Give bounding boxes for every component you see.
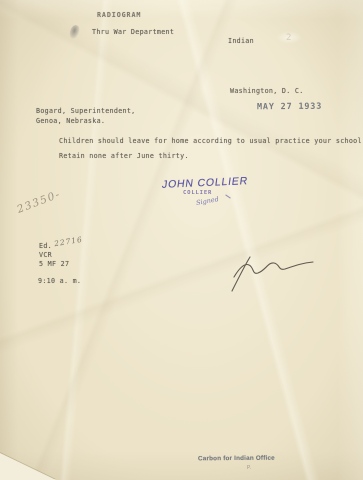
handwritten-initials-scrawl <box>228 249 316 295</box>
footer-stamp: Carbon for Indian Office <box>198 455 275 463</box>
footer-mark: P. <box>247 465 251 471</box>
addressee-line-1: Bogard, Superintendent, <box>36 106 136 116</box>
ink-smudge <box>68 24 80 40</box>
service-label: Indian <box>228 36 254 46</box>
ref-code: 5 MF 27 <box>39 259 69 269</box>
signature-typed-name: COLLIER <box>183 190 212 196</box>
signature-handwritten-note: Signed <box>195 195 219 207</box>
file-number-pencil: 23350- <box>15 188 62 216</box>
signature-stamp: JOHN COLLIER <box>161 175 249 191</box>
time-note: 9:10 a. m. <box>38 276 81 286</box>
date-stamp: MAY 27 1933 <box>257 102 322 113</box>
doc-type-label: RADIOGRAM <box>97 10 141 20</box>
faint-page-number: 2 <box>286 33 291 43</box>
body-line-2: Retain none after June thirty. <box>59 151 189 161</box>
body-line-1: Children should leave for home according… <box>59 136 363 146</box>
pointer-mark <box>225 194 230 198</box>
corner-fold <box>0 453 56 480</box>
ref-number-handwritten: 22716 <box>53 235 83 248</box>
radiogram-document-page: RADIOGRAM Thru War Department Indian 2 W… <box>0 0 363 480</box>
addressee-line-2: Genoa, Nebraska. <box>36 116 105 126</box>
routing-line: Thru War Department <box>92 27 174 37</box>
place-line: Washington, D. C. <box>230 86 304 96</box>
